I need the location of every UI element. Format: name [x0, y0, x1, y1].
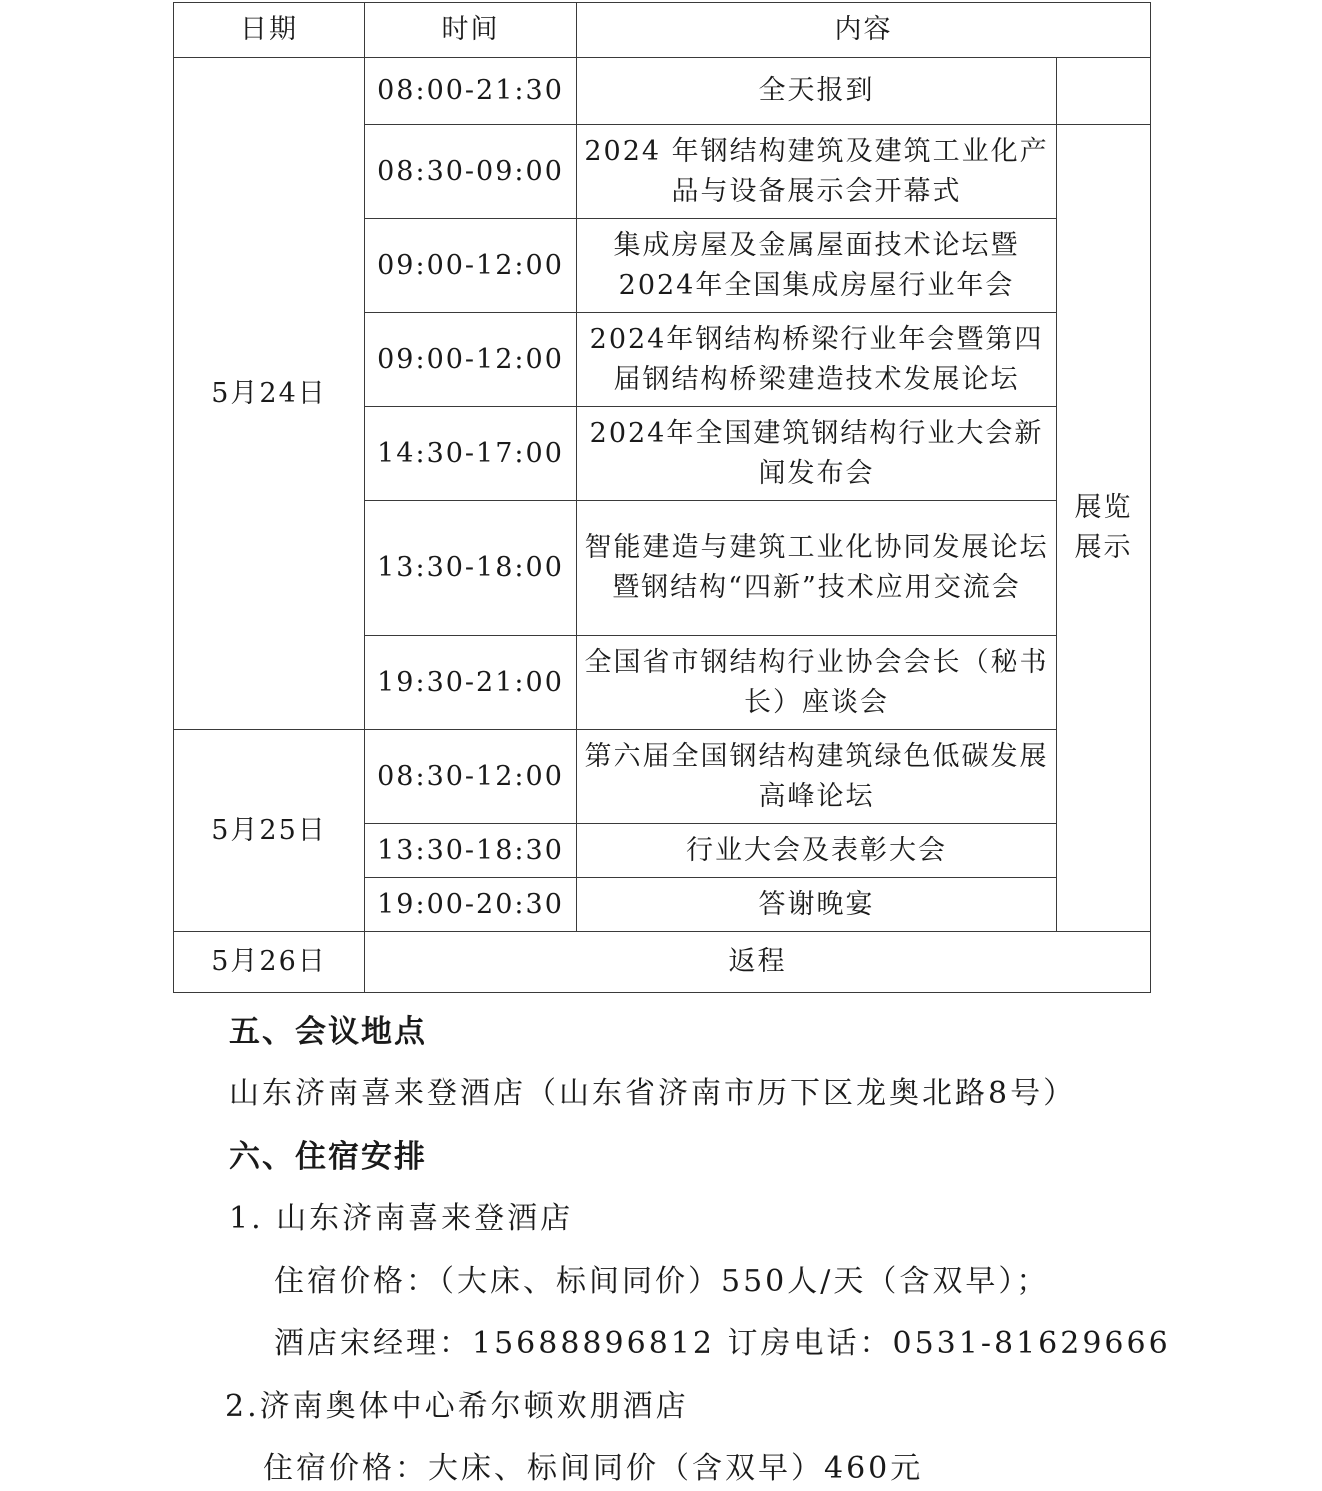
date-cell-may25: 5月25日	[174, 730, 365, 932]
date-cell-may24: 5月24日	[174, 58, 365, 730]
content-cell: 全国省市钢结构行业协会会长（秘书长）座谈会	[577, 636, 1057, 730]
time-cell: 13:30-18:00	[365, 501, 577, 636]
time-cell: 08:00-21:30	[365, 58, 577, 125]
hotel-2-title: 2.济南奥体中心希尔顿欢朋酒店	[225, 1381, 689, 1425]
time-cell: 19:00-20:30	[365, 878, 577, 932]
time-cell: 09:00-12:00	[365, 219, 577, 313]
time-cell: 14:30-17:00	[365, 407, 577, 501]
time-cell: 19:30-21:00	[365, 636, 577, 730]
content-cell: 全天报到	[577, 58, 1057, 125]
hotel-1-contact: 酒店宋经理：15688896812 订房电话：0531-81629666	[274, 1318, 1171, 1362]
side-empty-cell	[1057, 58, 1151, 125]
content-cell: 智能建造与建筑工业化协同发展论坛暨钢结构“四新”技术应用交流会	[577, 501, 1057, 636]
time-cell: 13:30-18:30	[365, 824, 577, 878]
exhibition-cell: 展览展示	[1057, 125, 1151, 932]
hotel-1-title: 1. 山东济南喜来登酒店	[229, 1193, 573, 1237]
table-row: 5月26日 返程	[174, 932, 1151, 993]
content-cell: 答谢晚宴	[577, 878, 1057, 932]
content-cell: 集成房屋及金属屋面技术论坛暨2024年全国集成房屋行业年会	[577, 219, 1057, 313]
hotel-2-price: 住宿价格：大床、标间同价（含双早）460元	[263, 1443, 923, 1487]
time-cell: 08:30-12:00	[365, 730, 577, 824]
content-cell: 2024年钢结构桥梁行业年会暨第四届钢结构桥梁建造技术发展论坛	[577, 313, 1057, 407]
venue-address: 山东济南喜来登酒店（山东省济南市历下区龙奥北路8号）	[229, 1068, 1076, 1112]
header-date: 日期	[174, 3, 365, 58]
table-header-row: 日期 时间 内容	[174, 3, 1151, 58]
time-cell: 09:00-12:00	[365, 313, 577, 407]
section-heading-venue: 五、会议地点	[229, 1006, 427, 1051]
header-time: 时间	[365, 3, 577, 58]
section-heading-lodging: 六、住宿安排	[229, 1131, 427, 1176]
header-content: 内容	[577, 3, 1151, 58]
content-cell: 返程	[365, 932, 1151, 993]
table-row: 5月25日 08:30-12:00 第六届全国钢结构建筑绿色低碳发展高峰论坛	[174, 730, 1151, 824]
table-row: 5月24日 08:00-21:30 全天报到	[174, 58, 1151, 125]
content-cell: 行业大会及表彰大会	[577, 824, 1057, 878]
content-cell: 2024年全国建筑钢结构行业大会新闻发布会	[577, 407, 1057, 501]
time-cell: 08:30-09:00	[365, 125, 577, 219]
schedule-table: 日期 时间 内容 5月24日 08:00-21:30 全天报到 08:30-09…	[173, 2, 1151, 993]
hotel-1-price: 住宿价格：（大床、标间同价）550人/天（含双早）；	[274, 1256, 1049, 1300]
exhibition-label: 展览展示	[1074, 488, 1134, 568]
content-cell: 2024 年钢结构建筑及建筑工业化产品与设备展示会开幕式	[577, 125, 1057, 219]
content-cell: 第六届全国钢结构建筑绿色低碳发展高峰论坛	[577, 730, 1057, 824]
date-cell-may26: 5月26日	[174, 932, 365, 993]
